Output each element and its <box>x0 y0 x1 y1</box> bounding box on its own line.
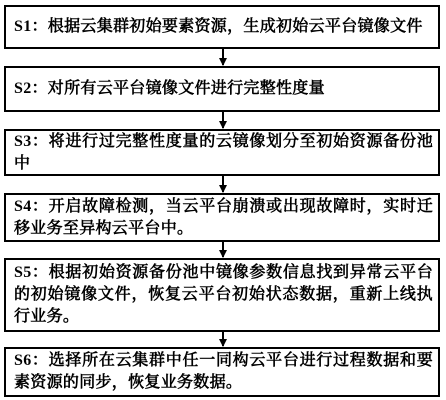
flow-step-s2-label: S2：对所有云平台镜像文件进行完整性度量 <box>6 78 330 100</box>
flow-step-s1: S1：根据云集群初始要素资源，生成初始云平台镜像文件 <box>4 5 440 49</box>
flow-step-s1-label: S1：根据云集群初始要素资源，生成初始云平台镜像文件 <box>6 16 428 38</box>
flowchart: S1：根据云集群初始要素资源，生成初始云平台镜像文件 S2：对所有云平台镜像文件… <box>0 0 446 400</box>
flow-step-s4: S4：开启故障检测，当云平台崩溃或出现故障时，实时迁移业务至异构云平台中。 <box>4 193 440 242</box>
flow-step-s6-label: S6：选择所在云集群中任一同构云平台进行过程数据和要素资源的同步，恢复业务数据。 <box>6 350 438 394</box>
down-arrow-icon <box>222 112 224 128</box>
flow-step-s3-label: S3：将进行过完整性度量的云镜像划分至初始资源备份池中 <box>6 131 438 175</box>
down-arrow-icon <box>222 49 224 65</box>
down-arrow-icon <box>222 176 224 192</box>
flow-step-s3: S3：将进行过完整性度量的云镜像划分至初始资源备份池中 <box>4 129 440 176</box>
down-arrow-icon <box>222 242 224 257</box>
flow-step-s6: S6：选择所在云集群中任一同构云平台进行过程数据和要素资源的同步，恢复业务数据。 <box>4 347 440 397</box>
flow-step-s2: S2：对所有云平台镜像文件进行完整性度量 <box>4 66 440 112</box>
down-arrow-icon <box>222 332 224 346</box>
flow-step-s5-label: S5：根据初始资源备份池中镜像参数信息找到异常云平台的初始镜像文件，恢复云平台初… <box>6 262 438 328</box>
flow-step-s5: S5：根据初始资源备份池中镜像参数信息找到异常云平台的初始镜像文件，恢复云平台初… <box>4 258 440 332</box>
flow-step-s4-label: S4：开启故障检测，当云平台崩溃或出现故障时，实时迁移业务至异构云平台中。 <box>6 196 438 240</box>
